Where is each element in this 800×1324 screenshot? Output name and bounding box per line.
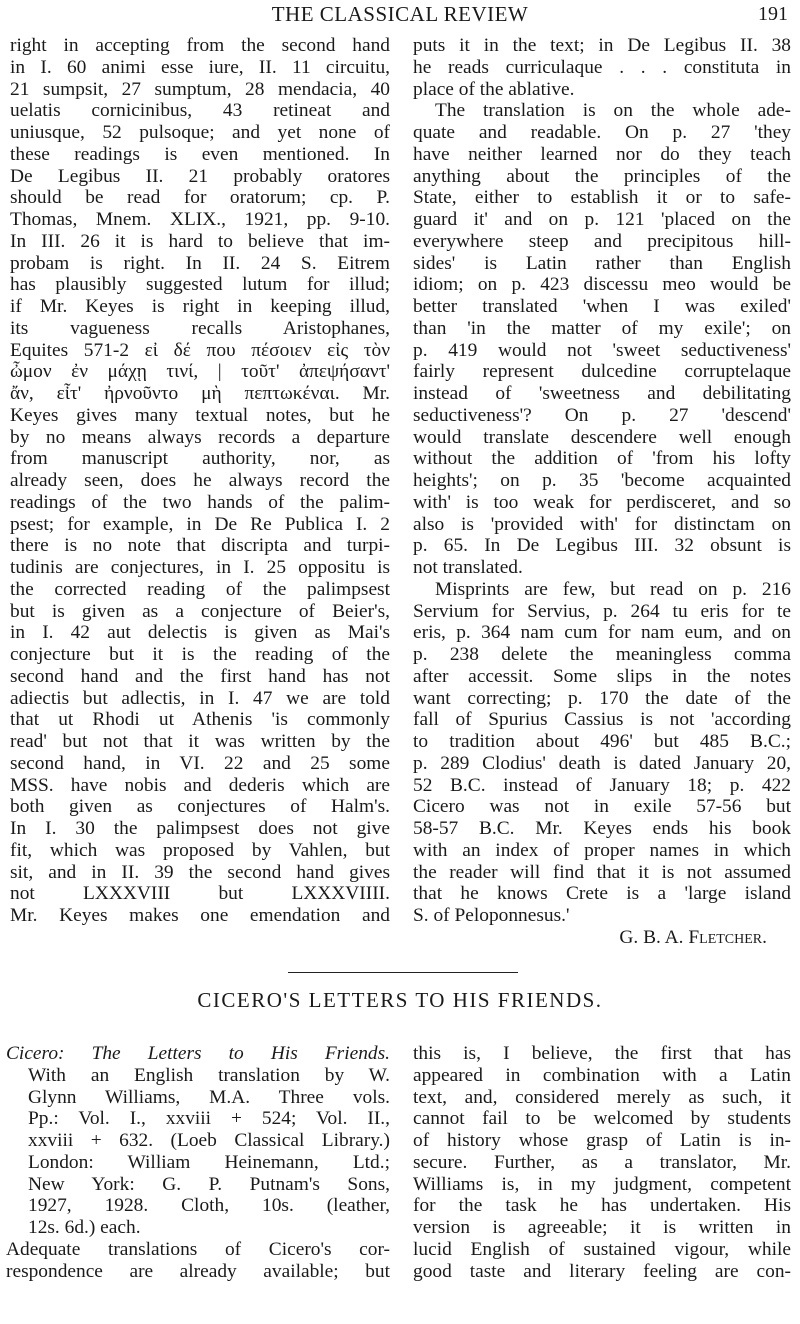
text-line: In I. 30 the palimpsest does not give <box>10 818 390 840</box>
text-line: Adequate translations of Cicero's cor- <box>6 1239 390 1261</box>
text-line: MSS. have nobis and dederis which are <box>10 775 390 797</box>
book-citation-line: London: William Heinemann, Ltd.; <box>6 1152 390 1174</box>
text-line: would translate descendere well enough <box>413 427 791 449</box>
text-line: should be read for oratorum; cp. P. <box>10 187 390 209</box>
text-line: uniusque, 52 pulsoque; and yet none of <box>10 122 390 144</box>
text-line: good taste and literary feeling are con- <box>413 1261 791 1283</box>
text-line: seductiveness'? On p. 27 'descend' <box>413 405 791 427</box>
text-line: both given as conjectures of Halm's. <box>10 796 390 818</box>
text-line: not translated. <box>413 557 791 579</box>
text-line: In III. 26 it is hard to believe that im… <box>10 231 390 253</box>
text-line: Servium for Servius, p. 264 tu eris for … <box>413 601 791 623</box>
text-line: also is 'provided with' for distinctam o… <box>413 514 791 536</box>
text-line: fairly represent dulcedine corruptelaque <box>413 361 791 383</box>
text-line: with an index of proper names in which <box>413 840 791 862</box>
text-line: that he knows Crete is a 'large island <box>413 883 791 905</box>
text-line: Misprints are few, but read on p. 216 <box>413 579 791 601</box>
text-line: conjecture but it is the reading of the <box>10 644 390 666</box>
text-line: De Legibus II. 21 probably oratores <box>10 166 390 188</box>
text-line: puts it in the text; in De Legibus II. 3… <box>413 35 791 57</box>
book-citation-title: Cicero: The Letters to His Friends. <box>6 1043 390 1065</box>
text-line: lucid English of sustained vigour, while <box>413 1239 791 1261</box>
text-line: in I. 42 aut delectis is given as Mai's <box>10 622 390 644</box>
text-line: respondence are already available; but <box>6 1261 390 1283</box>
text-line: these readings is even mentioned. In <box>10 144 390 166</box>
text-line: second hand, in VI. 22 and 25 some <box>10 753 390 775</box>
text-line: idiom; on p. 423 discessu meo would be <box>413 274 791 296</box>
text-line: in I. 60 animi esse iure, II. 11 circuit… <box>10 57 390 79</box>
text-line: than 'in the matter of my exile'; on <box>413 318 791 340</box>
text-line: that ut Rhodi ut Athenis 'is commonly <box>10 709 390 731</box>
text-line: p. 419 would not 'sweet seductiveness' <box>413 340 791 362</box>
text-line: if Mr. Keyes is right in keeping illud, <box>10 296 390 318</box>
text-line: after accessit. Some slips in the notes <box>413 666 791 688</box>
text-line: everywhere steep and precipitous hill- <box>413 231 791 253</box>
previous-review-right-column: puts it in the text; in De Legibus II. 3… <box>413 35 791 949</box>
text-line: tudinis are conjectures, in I. 25 opposi… <box>10 557 390 579</box>
text-line: appeared in combination with a Latin <box>413 1065 791 1087</box>
text-line: p. 238 delete the meaningless comma <box>413 644 791 666</box>
text-line: with' is too weak for perdisceret, and s… <box>413 492 791 514</box>
text-line: heights'; on p. 35 'become acquainted <box>413 470 791 492</box>
text-line: text, and, considered merely as such, it <box>413 1087 791 1109</box>
text-line: p. 289 Clodius' death is dated January 2… <box>413 753 791 775</box>
previous-review-left-column: right in accepting from the second handi… <box>10 35 390 927</box>
text-line: quate and readable. On p. 27 'they <box>413 122 791 144</box>
text-line: better translated 'when I was exiled' <box>413 296 791 318</box>
text-line: 52 B.C. instead of January 18; p. 422 <box>413 775 791 797</box>
text-line: Equites 571-2 εἰ δέ που πέσοιεν εἰς τὸν <box>10 340 390 362</box>
text-line: he reads curriculaque . . . constituta i… <box>413 57 791 79</box>
book-citation-line: With an English translation by W. <box>6 1065 390 1087</box>
text-line: without the addition of 'from his lofty <box>413 448 791 470</box>
text-line: not LXXXVIII but LXXXVIIII. <box>10 883 390 905</box>
text-line: 58-57 B.C. Mr. Keyes ends his book <box>413 818 791 840</box>
text-line: 21 sumpsit, 27 sumptum, 28 mendacia, 40 <box>10 79 390 101</box>
text-line: but is given as a conjecture of Beier's, <box>10 601 390 623</box>
text-line: guard it' and on p. 121 'placed on the <box>413 209 791 231</box>
text-line: ἄν, εἶτ' ἠρνοῦντο μὴ πεπτωκέναι. Mr. <box>10 383 390 405</box>
text-line: readings of the two hands of the palim- <box>10 492 390 514</box>
review-right-column: this is, I believe, the first that hasap… <box>413 1043 791 1282</box>
text-line: right in accepting from the second hand <box>10 35 390 57</box>
book-citation-line: New York: G. P. Putnam's Sons, <box>6 1174 390 1196</box>
text-line: uelatis cornicinibus, 43 retineat and <box>10 100 390 122</box>
text-line: to tradition about 496' but 485 B.C.; <box>413 731 791 753</box>
text-line: Mr. Keyes makes one emendation and <box>10 905 390 927</box>
text-line: instead of 'sweetness and debilitating <box>413 383 791 405</box>
book-citation-line: Glynn Williams, M.A. Three vols. <box>6 1087 390 1109</box>
text-line: The translation is on the whole ade- <box>413 100 791 122</box>
section-divider-rule <box>288 972 518 973</box>
review-left-column: Cicero: The Letters to His Friends.With … <box>6 1043 390 1282</box>
text-line: fall of Spurius Cassius is not 'accordin… <box>413 709 791 731</box>
text-line: the reader will find that it is not assu… <box>413 862 791 884</box>
book-citation-line: xxviii + 632. (Loeb Classical Library.) <box>6 1130 390 1152</box>
text-line: p. 65. In De Legibus III. 32 obsunt is <box>413 535 791 557</box>
text-line: sides' is Latin rather than English <box>413 253 791 275</box>
text-line: S. of Peloponnesus.' <box>413 905 791 927</box>
text-line: the corrected reading of the palimpsest <box>10 579 390 601</box>
text-line: has plausibly suggested lutum for illud; <box>10 274 390 296</box>
text-line: there is no note that discripta and turp… <box>10 535 390 557</box>
text-line: ὦμον ἐν μάχῃ τινί, | τοῦτ' ἀπεψήσαντ' <box>10 361 390 383</box>
text-line: eris, p. 364 nam cum for nam eum, and on <box>413 622 791 644</box>
text-line: from manuscript authority, nor, as <box>10 448 390 470</box>
text-line: secure. Further, as a translator, Mr. <box>413 1152 791 1174</box>
review-section-title: CICERO'S LETTERS TO HIS FRIENDS. <box>0 988 800 1013</box>
text-line: psest; for example, in De Re Publica I. … <box>10 514 390 536</box>
text-line: adiectis but adlectis, in I. 47 we are t… <box>10 688 390 710</box>
text-line: by no means always records a departure <box>10 427 390 449</box>
text-line: have neither learned nor do they teach <box>413 144 791 166</box>
text-line: read' but not that it was written by the <box>10 731 390 753</box>
text-line: place of the ablative. <box>413 79 791 101</box>
text-line: Cicero was not in exile 57-56 but <box>413 796 791 818</box>
reviewer-signature: G. B. A. Fletcher. <box>413 927 791 949</box>
text-line: cannot fail to be welcomed by students <box>413 1108 791 1130</box>
text-line: fit, which was proposed by Vahlen, but <box>10 840 390 862</box>
text-line: Thomas, Mnem. XLIX., 1921, pp. 9-10. <box>10 209 390 231</box>
text-line: anything about the principles of the <box>413 166 791 188</box>
text-line: probam is right. In II. 24 S. Eitrem <box>10 253 390 275</box>
page-number: 191 <box>758 3 788 26</box>
text-line: already seen, does he always record the <box>10 470 390 492</box>
text-line: version is agreeable; it is written in <box>413 1217 791 1239</box>
text-line: Keyes gives many textual notes, but he <box>10 405 390 427</box>
text-line: State, either to establish it or to safe… <box>413 187 791 209</box>
book-citation-line: 12s. 6d.) each. <box>6 1217 390 1239</box>
book-citation-line: Pp.: Vol. I., xxviii + 524; Vol. II., <box>6 1108 390 1130</box>
book-citation-line: 1927, 1928. Cloth, 10s. (leather, <box>6 1195 390 1217</box>
text-line: of history whose grasp of Latin is in- <box>413 1130 791 1152</box>
text-line: this is, I believe, the first that has <box>413 1043 791 1065</box>
text-line: sit, and in II. 39 the second hand gives <box>10 862 390 884</box>
journal-title: THE CLASSICAL REVIEW <box>0 2 800 27</box>
text-line: second hand and the first hand has not <box>10 666 390 688</box>
text-line: for the task he has undertaken. His <box>413 1195 791 1217</box>
text-line: want correcting; p. 170 the date of the <box>413 688 791 710</box>
text-line: its vagueness recalls Aristophanes, <box>10 318 390 340</box>
text-line: Williams is, in my judgment, competent <box>413 1174 791 1196</box>
running-head: THE CLASSICAL REVIEW 191 <box>0 0 800 30</box>
